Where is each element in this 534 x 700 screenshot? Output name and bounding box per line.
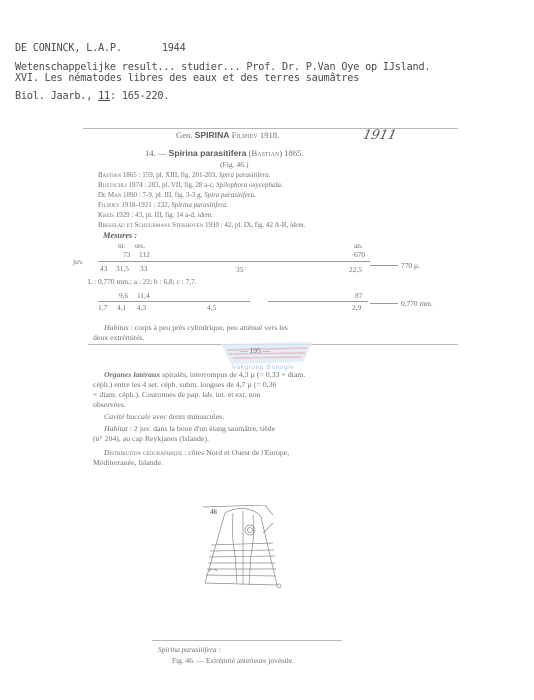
title-line-2: XVI. Les nématodes libres des eaux et de… bbox=[15, 73, 359, 84]
value: 11,4 bbox=[137, 291, 150, 300]
organes-line-2: céph.) entre les 4 set. céph. subm. long… bbox=[93, 380, 276, 389]
figure-46-drawing-icon bbox=[195, 505, 305, 605]
index-card: DE CONINCK, L.A.P.1944 Wetenschappelijke… bbox=[0, 0, 534, 700]
formula-rule bbox=[98, 261, 370, 262]
formula-rule bbox=[370, 265, 398, 266]
ratios: L : 0,770 mm.; a : 22; b : 6,8; c : 7,7. bbox=[88, 277, 197, 286]
cavite-line: Cavité buccale avec dents minuscules. bbox=[104, 412, 224, 421]
value: 9,6 bbox=[119, 291, 128, 300]
habitus-line-1: Habitus : corps à peu près cylindrique, … bbox=[104, 323, 288, 332]
habitat-line-1: Habitat : 2 juv. dans la boue d'un étang… bbox=[104, 424, 275, 433]
habitus-line-2: deux extrémités. bbox=[93, 333, 145, 342]
species-heading: 14. — Spirina parasitifera (Bastian) 186… bbox=[145, 149, 304, 158]
value: 73 bbox=[123, 250, 130, 259]
reference-item: Filipjev 1918-1921 : 232, Spirina parasi… bbox=[98, 201, 228, 210]
year: 1944 bbox=[162, 43, 186, 54]
value: 4,5 bbox=[207, 303, 216, 312]
value: 4,3 bbox=[137, 303, 146, 312]
value: 43 bbox=[100, 264, 107, 273]
value: 1,7 bbox=[98, 303, 107, 312]
fig-ref: (Fig. 46.) bbox=[220, 160, 248, 169]
reference-item: De Man 1890 : 7-9, pl. III, fig. 3-3 g, … bbox=[98, 191, 256, 200]
total: 770 µ. bbox=[401, 261, 420, 270]
author: DE CONINCK, L.A.P. bbox=[15, 43, 122, 54]
handwritten-number: 1911 bbox=[361, 128, 397, 143]
value: 2,9 bbox=[352, 303, 361, 312]
label-nr: nr. bbox=[118, 241, 126, 250]
formula-rule bbox=[268, 301, 368, 302]
caption-species: Spirina parasitifera : bbox=[158, 645, 221, 654]
card-author-line: DE CONINCK, L.A.P.1944 bbox=[15, 43, 186, 54]
distribution-line-2: Méditerranée, Islande. bbox=[93, 458, 163, 467]
organes-line-1: Organes latéraux spiralés, interrompus d… bbox=[104, 370, 305, 379]
excerpt-top-rule bbox=[83, 128, 458, 129]
reference-item: Kreis 1929 : 43, pl. III, fig. 14 a-d, i… bbox=[98, 211, 213, 220]
page-number: — 195 — bbox=[240, 346, 270, 355]
volume: 11 bbox=[98, 91, 110, 102]
value: 4,1 bbox=[117, 303, 126, 312]
distribution-line-1: Distribution géographique : côtes Nord e… bbox=[104, 448, 289, 457]
organes-line-3: × diam. céph.). Couronnes de pap. lab. i… bbox=[93, 390, 260, 399]
figure-number: 46 bbox=[210, 508, 217, 517]
label-oes: œs. bbox=[135, 241, 145, 250]
habitat-line-2: (n° 204), au cap Reykjanes (Islande). bbox=[93, 434, 209, 443]
genus-heading: Gen. SPIRINA Filipjev 1918. bbox=[176, 131, 279, 140]
value: 670 bbox=[354, 250, 365, 259]
caption-text: Fig. 46. — Extrémité antérieure juvénile… bbox=[172, 656, 294, 665]
title-line-1: Wetenschappelijke result... studier... P… bbox=[15, 62, 430, 73]
juv-label: juv. bbox=[73, 257, 84, 266]
value: 33 bbox=[140, 264, 147, 273]
organes-line-4: observées. bbox=[93, 400, 126, 409]
citation: Biol. Jaarb., 11: 165-220. bbox=[15, 91, 169, 102]
value: 31,5 bbox=[116, 264, 129, 273]
reference-item: Bastian 1865 : 159, pl. XIII, fig. 201-2… bbox=[98, 171, 271, 180]
reference-item: Buetschli 1874 : 283, pl. VII, fig. 28 a… bbox=[98, 181, 283, 190]
reference-item: Bresslau et Schuurmans Stekhoven 1930 : … bbox=[98, 221, 305, 230]
value: 35 bbox=[236, 265, 243, 274]
formula-rule bbox=[370, 303, 398, 304]
value: 112 bbox=[139, 250, 150, 259]
mesures-label: Mesures : bbox=[103, 231, 137, 240]
caption-rule bbox=[152, 640, 342, 641]
total: 0,770 mm. bbox=[401, 299, 433, 308]
value: 87 bbox=[355, 291, 362, 300]
value: 22,5 bbox=[349, 265, 362, 274]
formula-rule bbox=[98, 301, 250, 302]
label-an: an. bbox=[354, 241, 363, 250]
